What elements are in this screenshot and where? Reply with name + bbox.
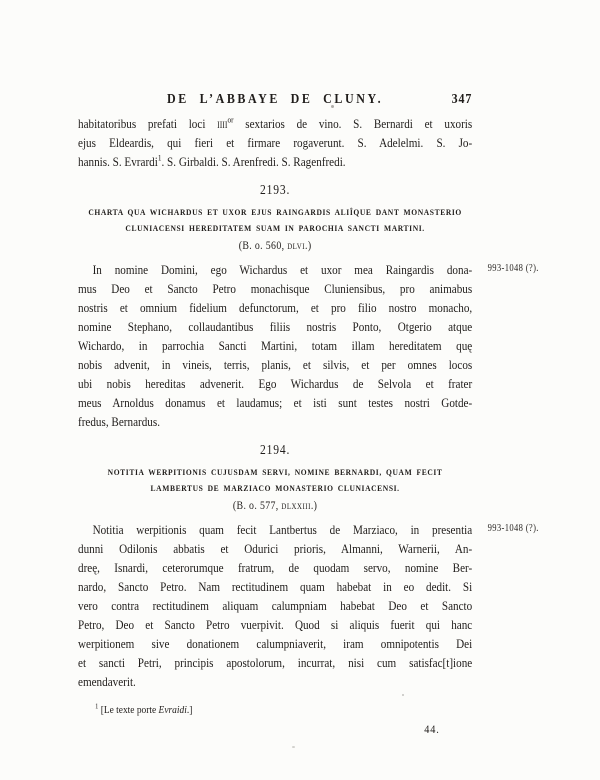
body-line: nardo, Sancto Petro. Nam rectitudinem qu… — [78, 577, 472, 596]
footnote: 1 [Le texte porte Evraidi.] — [78, 703, 472, 718]
body-line: dreę, Isnardi, ceterorumque fratrum, de … — [78, 558, 472, 577]
body-line: et sancti Petri, principis apostolorum, … — [78, 653, 472, 672]
running-head: DE L’ABBAYE DE CLUNY. 347 — [78, 92, 472, 108]
heading-line: NOTITIA WERPITIONIS CUJUSDAM SERVI, NOMI… — [78, 465, 472, 481]
entry-heading: CHARTA QUA WICHARDUS ET UXOR EJUS RAINGA… — [78, 205, 472, 236]
entry-source: (B. o. 560, dlvi.) — [78, 240, 472, 252]
heading-line: CHARTA QUA WICHARDUS ET UXOR EJUS RAINGA… — [78, 205, 472, 221]
scanned-book-page: DE L’ABBAYE DE CLUNY. 347 habitatoribus … — [0, 0, 600, 780]
entry-body: 993-1048 (?).In nomine Domini, ego Wicha… — [78, 260, 472, 431]
entry-heading: NOTITIA WERPITIONIS CUJUSDAM SERVI, NOMI… — [78, 465, 472, 496]
entry-number: 2194. — [78, 442, 472, 458]
scan-speck — [331, 105, 334, 108]
body-line: dunni Odilonis abbatis et Odurici priori… — [78, 539, 472, 558]
page-title: DE L’ABBAYE DE CLUNY. — [167, 92, 383, 107]
date-margin-note: 993-1048 (?). — [488, 263, 539, 274]
body-line: ejus Eldeardis, qui fieri et firmare rog… — [78, 133, 472, 152]
body-line: werpitionem sive donationem calumpniaver… — [78, 634, 472, 653]
body-line: hannis. S. Evrardi1. S. Girbaldi. S. Are… — [78, 152, 472, 171]
scan-speck — [292, 746, 295, 748]
charter-entry: 2193.CHARTA QUA WICHARDUS ET UXOR EJUS R… — [78, 182, 472, 431]
body-line: habitatoribus prefati loci iiiior sextar… — [78, 114, 472, 133]
body-line: In nomine Domini, ego Wichardus et uxor … — [78, 260, 472, 279]
intro-paragraph: habitatoribus prefati loci iiiior sextar… — [78, 114, 472, 171]
body-line: nostris et omnium fidelium defunctorum, … — [78, 298, 472, 317]
body-line: nobis advenit, in vineis, terris, planis… — [78, 355, 472, 374]
entry-number: 2193. — [78, 182, 472, 198]
footnote-line: 1 [Le texte porte Evraidi.] — [78, 703, 472, 718]
body-line: meus Arnoldus donamus et laudamus; et is… — [78, 393, 472, 412]
body-line: emendaverit. — [78, 672, 472, 691]
heading-line: LAMBERTUS DE MARZIACO MONASTERIO CLUNIAC… — [78, 481, 472, 497]
charter-entry: 2194.NOTITIA WERPITIONIS CUJUSDAM SERVI,… — [78, 442, 472, 691]
page-number: 347 — [452, 92, 473, 108]
body-line: ubi nobis hereditas advenerit. Ego Wicha… — [78, 374, 472, 393]
body-line: Notitia werpitionis quam fecit Lantbertu… — [78, 520, 472, 539]
heading-line: CLUNIACENSI HEREDITATEM SUAM IN PAROCHIA… — [78, 221, 472, 237]
body-line: Petro, Deo et Sancto Petro vuerpivit. Qu… — [78, 615, 472, 634]
body-line: fredus, Bernardus. — [78, 412, 472, 431]
entry-body: 993-1048 (?).Notitia werpitionis quam fe… — [78, 520, 472, 691]
body-line: nomine Stephano, collaudantibus filiis n… — [78, 317, 472, 336]
charter-entries: 2193.CHARTA QUA WICHARDUS ET UXOR EJUS R… — [78, 182, 472, 691]
body-line: Wichardo, in parrochia Sancti Martini, t… — [78, 336, 472, 355]
page-signature: 44. — [78, 722, 472, 737]
scan-speck — [402, 694, 404, 696]
date-margin-note: 993-1048 (?). — [488, 523, 539, 534]
body-line: vero contra rectitudinem aliquam calumpn… — [78, 596, 472, 615]
body-line: mus Deo et Sancto Petro monachisque Clun… — [78, 279, 472, 298]
text-block: DE L’ABBAYE DE CLUNY. 347 habitatoribus … — [78, 0, 472, 737]
entry-source: (B. o. 577, dlxxiii.) — [78, 500, 472, 512]
